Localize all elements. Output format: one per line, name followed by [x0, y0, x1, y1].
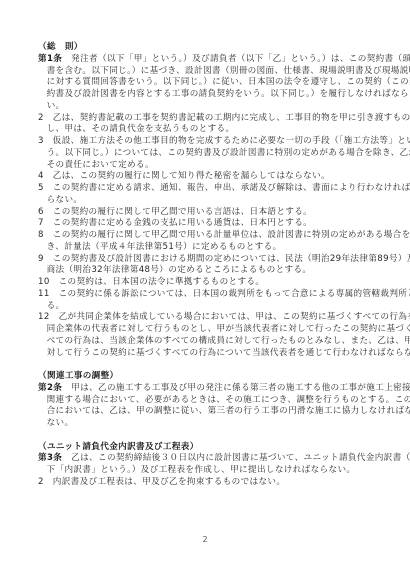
- text-line: 下「内訳書」という。）及び工程表を作成し、甲に提出しなければならない。: [38, 465, 374, 477]
- text-line: 書を含む。以下同じ。）に基づき、設計図書（別冊の図面、仕様書、現場説明書及び現場…: [38, 66, 374, 78]
- section-heading-unit-breakdown: （ユニット請負代金内訳書及び工程表）: [38, 442, 374, 454]
- text-line: る。: [38, 301, 374, 313]
- article-3-line: 第3条 乙は、この契約締結後３０日以内に設計図書に基づいて、ユニット請負代金内訳…: [38, 453, 374, 465]
- article-text: 乙は、この契約締結後３０日以内に設計図書に基づいて、ユニット請負代金内訳書（以: [62, 453, 410, 463]
- clause-line: 9 この契約書及び設計図書における期間の定めについては、民法（明治29年法律第8…: [38, 254, 374, 266]
- section-heading-general: （総 則）: [38, 42, 374, 54]
- text-line: ない。: [38, 418, 374, 430]
- text-line: 商法（明治32年法律第48号）の定めるところによるものとする。: [38, 265, 374, 277]
- section-gap: [38, 430, 374, 442]
- article-2-line: 第2条 甲は、乙の施工する工事及び甲の発注に係る第三者の施工する他の工事が施工上…: [38, 383, 374, 395]
- clause-line: 11 この契約に係る訴訟については、日本国の裁判所をもって合意による専属的管轄裁…: [38, 289, 374, 301]
- article-1-line: 第1条 発注者（以下「甲」という。）及び請負者（以下「乙」という。）は、この契約…: [38, 54, 374, 66]
- text-line: い。: [38, 101, 374, 113]
- text-line: 対して行うこの契約に基づくすべての行為について当該代表者を通じて行わなければなら…: [38, 348, 374, 360]
- page-number: 2: [0, 535, 410, 544]
- document-body: （総 則） 第1条 発注者（以下「甲」という。）及び請負者（以下「乙」という。）…: [38, 42, 374, 489]
- document-page: （総 則） 第1条 発注者（以下「甲」という。）及び請負者（以下「乙」という。）…: [0, 0, 410, 580]
- clause-line: 7 この契約書に定める金銭の支払に用いる通貨は、日本円とする。: [38, 218, 374, 230]
- article-number: 第3条: [38, 453, 62, 463]
- text-line: し、甲は、その請負代金を支払うものとする。: [38, 124, 374, 136]
- text-line: 同企業体の代表者に対して行うものとし、甲が当該代表者に対して行ったこの契約に基づ…: [38, 324, 374, 336]
- text-line: に対する質問回答書をいう。以下同じ。）に従い、日本国の法令を遵守し、この契約（こ…: [38, 77, 374, 89]
- clause-line: 6 この契約の履行に関して甲乙間で用いる言語は、日本語とする。: [38, 207, 374, 219]
- section-heading-related-works: （関連工事の調整）: [38, 371, 374, 383]
- clause-line: 2 乙は、契約書記載の工事を契約書記載の工期内に完成し、工事目的物を甲に引き渡す…: [38, 113, 374, 125]
- text-line: その責任において定める。: [38, 160, 374, 172]
- article-number: 第2条: [38, 383, 62, 393]
- text-line: 関連する場合において、必要があるときは、その施工につき、調整を行うものとする。こ…: [38, 395, 374, 407]
- article-number: 第1条: [38, 54, 62, 64]
- clause-line: 5 この契約書に定める請求、通知、報告、申出、承諾及び解除は、書面により行わなけ…: [38, 183, 374, 195]
- text-line: 約書及び設計図書を内容とする工事の請負契約をいう。以下同じ。）を履行しなければな…: [38, 89, 374, 101]
- clause-line: 12 乙が共同企業体を結成している場合においては、甲は、この契約に基づくすべての…: [38, 312, 374, 324]
- text-line: らない。: [38, 195, 374, 207]
- text-line: 合においては、乙は、甲の調整に従い、第三者の行う工事の円滑な施工に協力しなければ…: [38, 406, 374, 418]
- clause-line: 10 この契約は、日本国の法令に準拠するものとする。: [38, 277, 374, 289]
- clause-line: 2 内訳書及び工程表は、甲及び乙を拘束するものではない。: [38, 477, 374, 489]
- clause-line: 4 乙は、この契約の履行に関して知り得た秘密を漏らしてはならない。: [38, 171, 374, 183]
- clause-line: 8 この契約の履行に関して甲乙間で用いる計量単位は、設計図書に特別の定めがある場…: [38, 230, 374, 242]
- text-line: べての行為は、当該企業体のすべての構成員に対して行ったものとみなし、また、乙は、…: [38, 336, 374, 348]
- article-text: 発注者（以下「甲」という。）及び請負者（以下「乙」という。）は、この契約書（頭: [62, 54, 410, 64]
- text-line: き、計量法（平成４年法律第51号）に定めるものとする。: [38, 242, 374, 254]
- article-text: 甲は、乙の施工する工事及び甲の発注に係る第三者の施工する他の工事が施工上密接に: [62, 383, 410, 393]
- section-gap: [38, 359, 374, 371]
- clause-line: 3 仮設、施工方法その他工事目的物を完成するために必要な一切の手段（「施工方法等…: [38, 136, 374, 148]
- text-line: う。以下同じ。）については、この契約書及び設計図書に特別の定めがある場合を除き、…: [38, 148, 374, 160]
